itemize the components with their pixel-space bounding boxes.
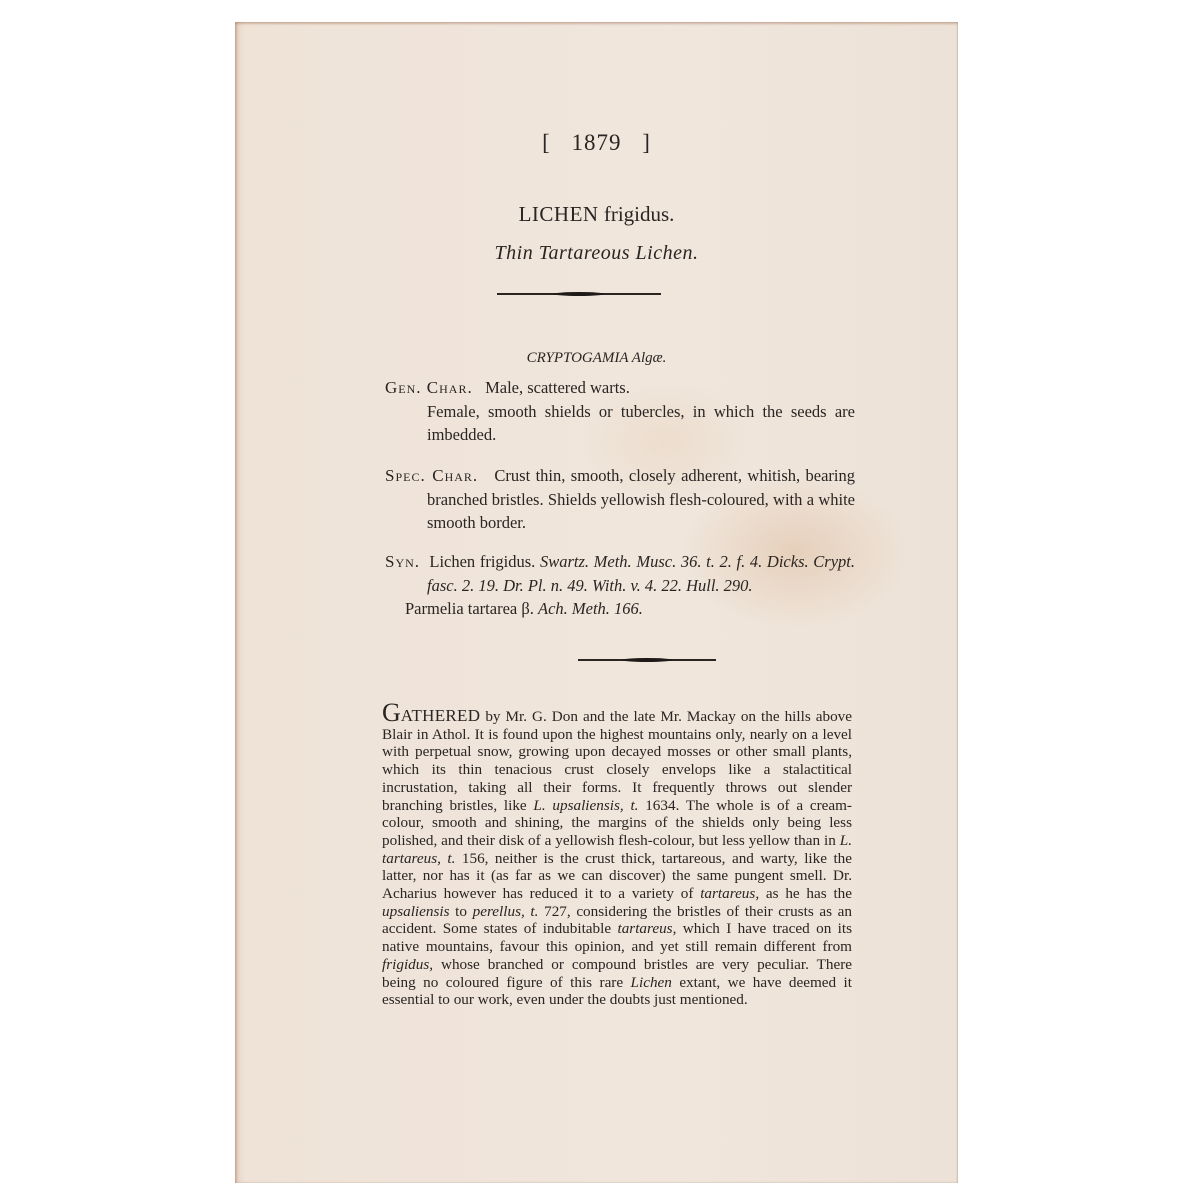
text-run: as he has the bbox=[759, 885, 852, 902]
synonymy: Syn. Lichen frigidus. Swartz. Meth. Musc… bbox=[385, 550, 855, 621]
italic-reference: tartareus, bbox=[617, 920, 676, 937]
ornamental-divider bbox=[578, 659, 716, 662]
italic-reference: Lichen bbox=[631, 974, 672, 991]
italic-reference: L. upsaliensis, t. bbox=[533, 797, 638, 814]
gen-char-line2: Female, smooth shields or tubercles, in … bbox=[385, 400, 855, 447]
description-text: by Mr. G. Don and the late Mr. Mackay on… bbox=[382, 708, 852, 1008]
classification: CRYPTOGAMIA Algæ. bbox=[235, 350, 958, 367]
description-paragraph: GATHERED by Mr. G. Don and the late Mr. … bbox=[382, 704, 852, 1009]
gen-char-label: Gen. Char. bbox=[385, 378, 473, 397]
syn-name: Lichen frigidus. bbox=[429, 552, 535, 571]
order-name: Algæ. bbox=[632, 350, 667, 366]
common-name: Thin Tartareous Lichen. bbox=[235, 242, 958, 265]
italic-reference: frigidus, bbox=[382, 956, 433, 973]
generic-character: Gen. Char. Male, scattered warts. Female… bbox=[385, 376, 855, 447]
italic-reference: upsaliensis bbox=[382, 903, 450, 920]
syn-ref: Ach. Meth. 166. bbox=[538, 599, 643, 618]
ornamental-divider bbox=[497, 293, 661, 296]
spec-char-text: Crust thin, smooth, closely adherent, wh… bbox=[427, 466, 855, 532]
book-page: [ 1879 ] LICHEN frigidus. Thin Tartareou… bbox=[235, 22, 958, 1183]
class-name: CRYPTOGAMIA bbox=[527, 350, 629, 366]
species-title: LICHEN frigidus. bbox=[235, 202, 958, 227]
italic-reference: tartareus, bbox=[700, 885, 759, 902]
italic-reference: perellus, t. bbox=[473, 903, 539, 920]
genus-name: LICHEN bbox=[519, 202, 599, 226]
specific-character: Spec. Char. Crust thin, smooth, closely … bbox=[385, 464, 855, 535]
spec-char-label: Spec. Char. bbox=[385, 466, 478, 485]
text-run: to bbox=[450, 903, 473, 920]
syn-label: Syn. bbox=[385, 552, 420, 571]
drop-cap: G bbox=[382, 698, 401, 727]
lead-caps: ATHERED bbox=[401, 706, 481, 725]
page-number: [ 1879 ] bbox=[235, 130, 958, 156]
gen-char-line1: Male, scattered warts. bbox=[485, 378, 630, 397]
species-name: frigidus. bbox=[604, 202, 675, 226]
syn-name: Parmelia tartarea β. bbox=[405, 599, 534, 618]
